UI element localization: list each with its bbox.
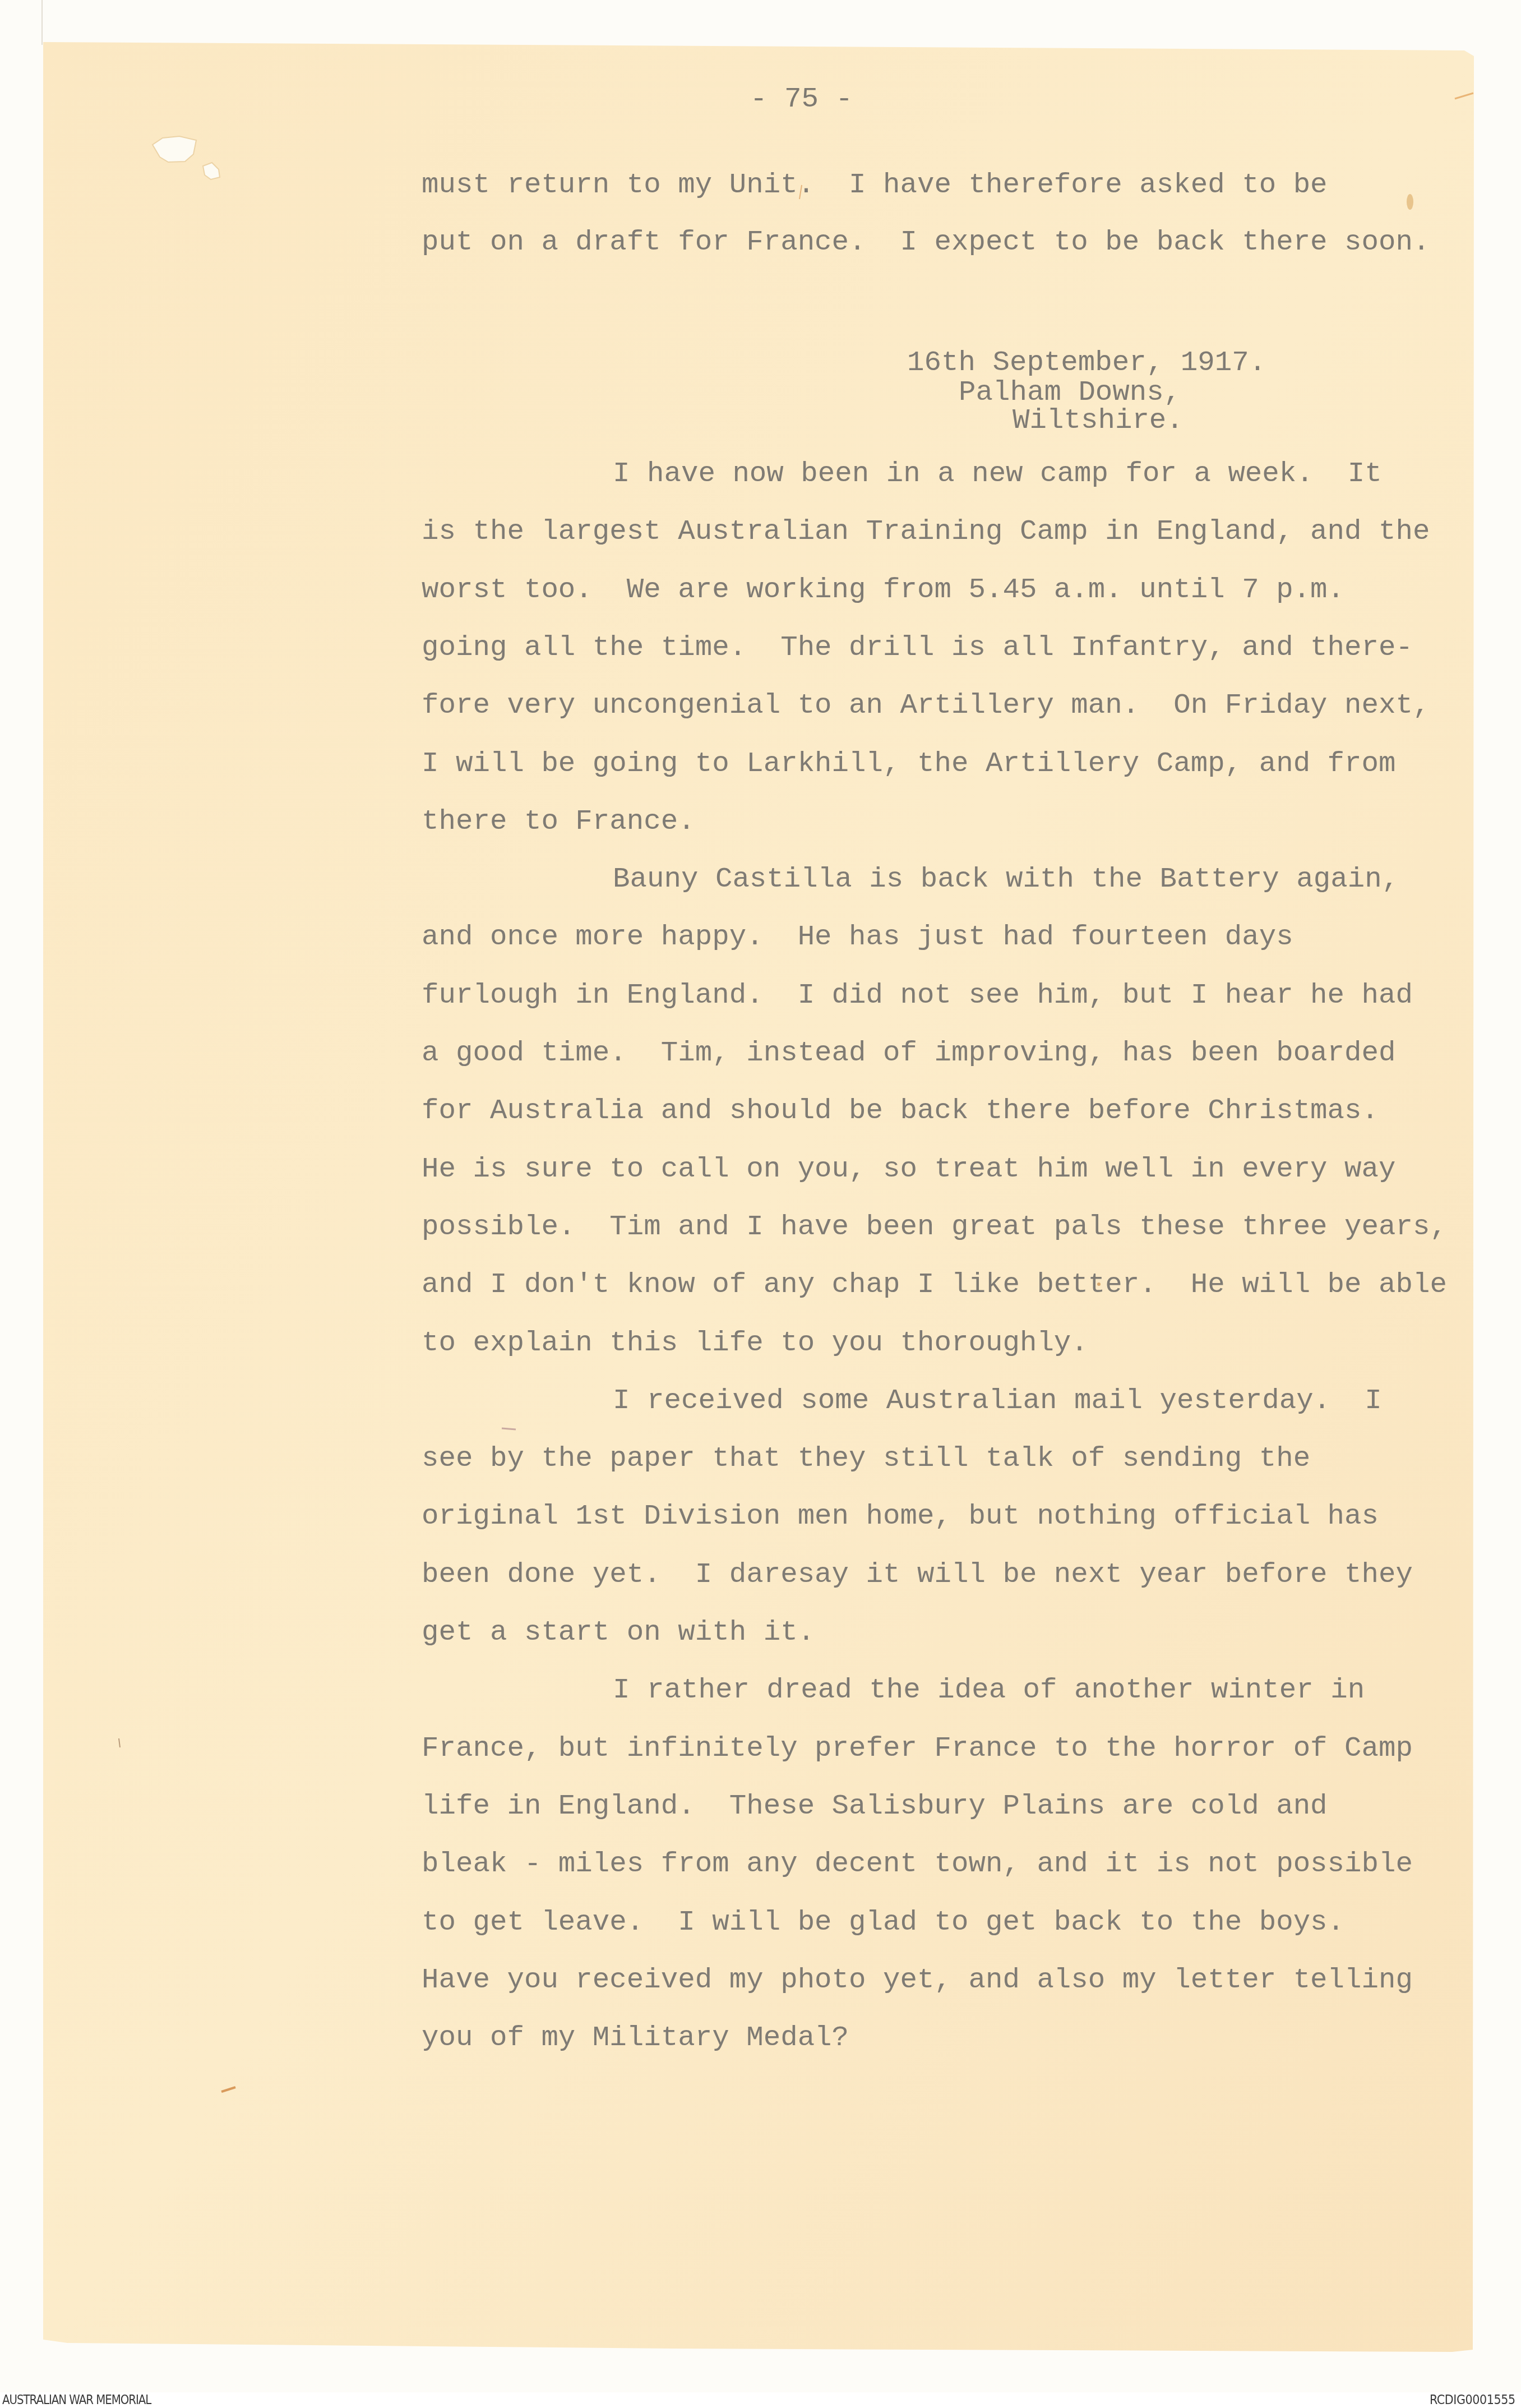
body-line: I will be going to Larkhill, the Artille…: [422, 750, 1396, 779]
institution-credit: AUSTRALIAN WAR MEMORIAL: [2, 2393, 151, 2407]
body-line: life in England. These Salisbury Plains …: [422, 1793, 1328, 1821]
body-line: is the largest Australian Training Camp …: [422, 518, 1430, 547]
body-line: He is sure to call on you, so treat him …: [422, 1156, 1396, 1184]
body-line: going all the time. The drill is all Inf…: [422, 634, 1413, 663]
body-line: fore very uncongenial to an Artillery ma…: [422, 692, 1430, 721]
paper-mark: [502, 1428, 516, 1429]
body-line: there to France.: [422, 808, 695, 837]
record-id: RCDIG0001555: [1430, 2393, 1515, 2407]
paper-sheet-shape: [43, 42, 1474, 2352]
body-line: original 1st Division men home, but noth…: [422, 1503, 1379, 1531]
continuation-line: put on a draft for France. I expect to b…: [422, 229, 1430, 257]
continuation-line: must return to my Unit. I have therefore…: [422, 172, 1328, 200]
body-line: worst too. We are working from 5.45 a.m.…: [422, 576, 1344, 605]
paragraph-first-line: I received some Australian mail yesterda…: [613, 1387, 1382, 1416]
body-line: a good time. Tim, instead of improving, …: [422, 1040, 1396, 1068]
typewritten-page: - 75 - must return to my Unit. I have th…: [0, 0, 1521, 2408]
body-line: furlough in England. I did not see him, …: [422, 982, 1413, 1011]
body-line: to get leave. I will be glad to get back…: [422, 1909, 1344, 1938]
body-line: been done yet. I daresay it will be next…: [422, 1561, 1413, 1590]
letter-place: Palham Downs,: [959, 379, 1181, 408]
paragraph-first-line: I have now been in a new camp for a week…: [613, 460, 1382, 489]
letter-date: 16th September, 1917.: [907, 349, 1266, 378]
body-line: Have you received my photo yet, and also…: [422, 1967, 1413, 1995]
body-line: get a start on with it.: [422, 1619, 815, 1648]
body-line: and I don't know of any chap I like bett…: [422, 1271, 1447, 1300]
page-number: - 75 -: [750, 86, 853, 114]
paper-stain: [1407, 194, 1413, 210]
body-line: possible. Tim and I have been great pals…: [422, 1214, 1447, 1242]
body-line: bleak - miles from any decent town, and …: [422, 1851, 1413, 1879]
paragraph-first-line: I rather dread the idea of another winte…: [613, 1677, 1365, 1705]
body-line: for Australia and should be back there b…: [422, 1097, 1379, 1126]
paragraph-first-line: Bauny Castilla is back with the Battery …: [613, 866, 1399, 894]
body-line: see by the paper that they still talk of…: [422, 1445, 1310, 1474]
body-line: you of my Military Medal?: [422, 2024, 849, 2053]
body-line: and once more happy. He has just had fou…: [422, 924, 1293, 952]
letter-county: Wiltshire.: [1013, 407, 1183, 436]
body-line: to explain this life to you thoroughly.: [422, 1330, 1088, 1358]
body-line: France, but infinitely prefer France to …: [422, 1735, 1413, 1764]
archive-footer: AUSTRALIAN WAR MEMORIAL RCDIG0001555: [0, 2392, 1521, 2408]
